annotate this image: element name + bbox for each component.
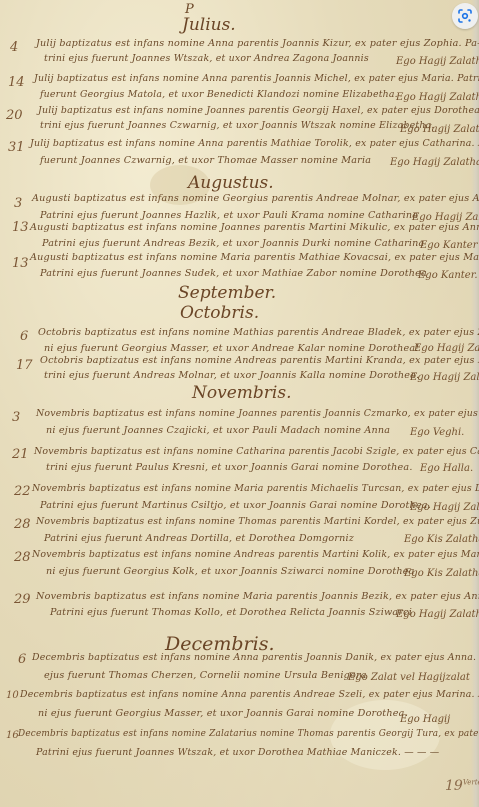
entry-day: 22	[14, 484, 31, 499]
entry-line: Novembris baptizatus est infans nomine M…	[36, 591, 479, 602]
entry-line: Novembris baptizatus est infans nomine J…	[36, 408, 479, 419]
page-number: 19Verte	[445, 778, 479, 794]
entry-line: Novembris baptizatus est infans nomine T…	[36, 516, 479, 527]
entry-day: 6	[18, 652, 26, 667]
entry-line: Julij baptizatus est infans nomine Anna …	[34, 73, 479, 84]
entry-line: Augusti baptizatus est infans nomine Mar…	[30, 252, 479, 263]
month-header-octobris: Octobris.	[180, 303, 259, 323]
entry-line: ejus fuerunt Thomas Cherzen, Cornelii no…	[44, 670, 367, 681]
entry-day: 28	[14, 550, 31, 565]
month-header-novembris: Novembris.	[192, 383, 291, 403]
entry-day: 14	[8, 75, 25, 90]
entry-signature: Ego Hagij Zalatha	[396, 56, 479, 67]
entry-line: Patrini ejus fuerunt Joannes Wtszak, et …	[36, 747, 439, 758]
entry-signature: Ego Hagij	[400, 714, 450, 725]
entry-signature: Ego Kanter.	[418, 270, 478, 281]
entry-signature: Ego Hagij Zalatha	[390, 157, 479, 168]
entry-signature: Ego Hagij Zalat.	[414, 343, 479, 354]
entry-signature: Ego Halla.	[420, 463, 473, 474]
entry-day: 10	[6, 690, 19, 701]
month-header-september: September.	[178, 283, 276, 303]
entry-line: Patrini ejus fuerunt Martinus Csiltjo, e…	[40, 500, 431, 511]
entry-line: trini ejus fuerunt Andreas Molnar, et ux…	[44, 370, 419, 381]
lens-search-icon	[457, 8, 473, 24]
entry-line: Patrini ejus fuerunt Thomas Kollo, et Do…	[50, 607, 412, 618]
entry-line: Augusti baptizatus est infans nomine Joa…	[30, 222, 479, 233]
entry-line: Novembris baptizatus est infans nomine M…	[32, 483, 479, 494]
manuscript-page: P Julius. Augustus. September. Octobris.…	[0, 0, 479, 807]
entry-line: Patrini ejus fuerunt Andreas Bezik, et u…	[42, 238, 424, 249]
entry-line: trini ejus fuerunt Joannes Czwarnig, et …	[40, 120, 435, 131]
entry-signature: Ego Hagij Zalatha	[400, 124, 479, 135]
page-verte-note: Verte	[463, 778, 479, 786]
entry-line: fuerunt Georgius Matola, et uxor Benedic…	[40, 89, 398, 100]
entry-line: trini ejus fuerunt Joannes Wtszak, et ux…	[44, 53, 369, 64]
entry-signature: Ego Kanter	[420, 240, 478, 251]
entry-day: 4	[10, 40, 18, 55]
entry-line: ni ejus fuerunt Georgius Masser, et uxor…	[38, 708, 408, 719]
entry-line: Octobris baptizatus est infans nomine An…	[40, 355, 479, 366]
entry-line: Octobris baptizatus est infans nomine Ma…	[38, 327, 479, 338]
page-number-value: 19	[445, 778, 463, 794]
entry-line: Novembris baptizatus est infans nomine C…	[34, 446, 479, 457]
page-edge	[471, 0, 479, 807]
entry-line: ni ejus fuerunt Joannes Czajicki, et uxo…	[46, 425, 390, 436]
entry-day: 13	[12, 256, 29, 271]
entry-line: Decembris baptizatus est infans nomine Z…	[18, 729, 479, 739]
entry-line: Patrini ejus fuerunt Andreas Dortilla, e…	[44, 533, 354, 544]
month-header-julius: Julius.	[182, 15, 236, 35]
entry-signature: Ego Zalat vel Hagijzalat	[348, 672, 470, 683]
entry-signature: Ego Veghi.	[410, 427, 464, 438]
entry-line: Decembris baptizatus est infans nomine A…	[20, 689, 479, 700]
entry-line: ni ejus fuerunt Georgius Kolk, et uxor J…	[46, 566, 415, 577]
entry-signature: Ego Kis Zalatha	[404, 568, 479, 579]
entry-line: Julij baptizatus est infans nomine Joann…	[38, 105, 479, 116]
entry-day: 31	[8, 140, 25, 155]
entry-signature: Ego Hagij Zalat.	[410, 372, 479, 383]
entry-line: Julij baptizatus est infans nomine Anna …	[36, 38, 479, 49]
entry-signature: Ego Kis Zalatha.	[404, 534, 479, 545]
entry-day: 6	[20, 329, 28, 344]
entry-day: 17	[16, 358, 33, 373]
month-header-augustus: Augustus.	[188, 173, 274, 193]
entry-signature: Ego Hagij Zalatha	[396, 609, 479, 620]
entry-day: 13	[12, 220, 29, 235]
entry-day: 3	[14, 196, 22, 211]
entry-signature: Ego Hagij Zalat.	[410, 502, 479, 513]
entry-line: Novembris baptizatus est infans nomine A…	[32, 549, 479, 560]
entry-day: 3	[12, 410, 20, 425]
entry-day: 21	[12, 447, 29, 462]
entry-line: Augusti baptizatus est infans nomine Geo…	[32, 193, 479, 204]
entry-line: Decembris baptizatus est infans nomine A…	[32, 652, 479, 663]
entry-day: 28	[14, 517, 31, 532]
entry-line: Julij baptizatus est infans nomine Anna …	[30, 138, 479, 149]
entry-line: Patrini ejus fuerunt Joannes Sudek, et u…	[40, 268, 427, 279]
entry-line: trini ejus fuerunt Paulus Kresni, et uxo…	[46, 462, 413, 473]
lens-search-button[interactable]	[452, 3, 478, 29]
entry-signature: Ego Hagij Zalatha	[396, 92, 479, 103]
entry-line: ni ejus fuerunt Georgius Masser, et uxor…	[44, 343, 419, 354]
entry-day: 20	[6, 108, 23, 123]
entry-day: 29	[14, 592, 31, 607]
entry-day: 16	[6, 730, 19, 741]
entry-line: fuerunt Joannes Czwarnig, et uxor Thomae…	[40, 155, 371, 166]
entry-line: Patrini ejus fuerunt Joannes Hazlik, et …	[40, 210, 418, 221]
